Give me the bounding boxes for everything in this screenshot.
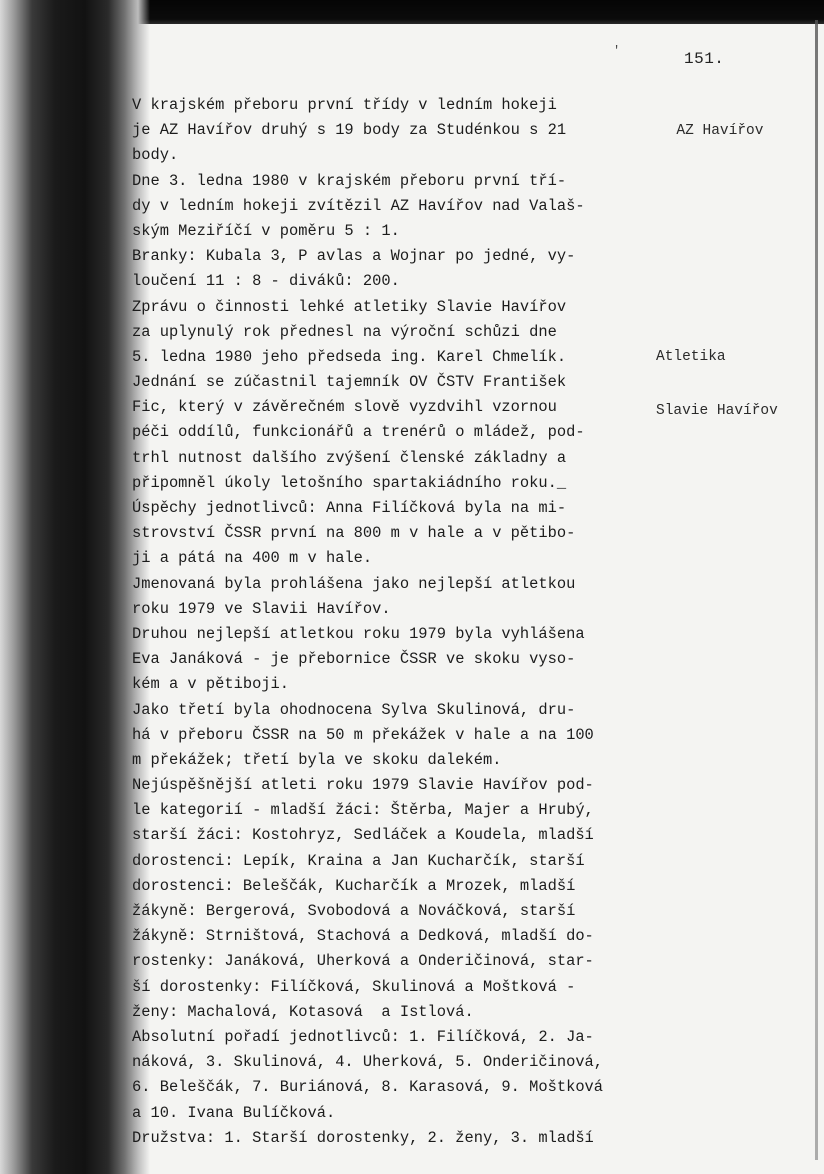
text-line: Jednání se zúčastnil tajemník OV ČSTV Fr… (132, 370, 672, 395)
text-line: Absolutní pořadí jednotlivců: 1. Filíčko… (132, 1025, 672, 1050)
text-line: připomněl úkoly letošního spartakiádního… (132, 471, 672, 496)
text-line: Zprávu o činnosti lehké atletiky Slavie … (132, 295, 672, 320)
text-line: Úspěchy jednotlivců: Anna Filíčková byla… (132, 496, 672, 521)
text-line: žákyně: Strništová, Stachová a Dedková, … (132, 924, 672, 949)
text-line: ší dorostenky: Filíčková, Skulinová a Mo… (132, 975, 672, 1000)
text-line: body. (132, 143, 672, 168)
text-line: m překážek; třetí byla ve skoku dalekém. (132, 748, 672, 773)
text-line: ským Meziříčí v poměru 5 : 1. (132, 219, 672, 244)
text-line: há v přeboru ČSSR na 50 m překážek v hal… (132, 723, 672, 748)
text-line: Jmenovaná byla prohlášena jako nejlepší … (132, 572, 672, 597)
text-line: Družstva: 1. Starší dorostenky, 2. ženy,… (132, 1126, 672, 1151)
text-line: za uplynulý rok přednesl na výroční schů… (132, 320, 672, 345)
text-line: Jako třetí byla ohodnocena Sylva Skulino… (132, 698, 672, 723)
text-line: ji a pátá na 400 m v hale. (132, 546, 672, 571)
text-line: trhl nutnost dalšího zvýšení členské zák… (132, 446, 672, 471)
text-line: dy v ledním hokeji zvítězil AZ Havířov n… (132, 194, 672, 219)
margin-note-az-havirov: AZ Havířov (659, 104, 763, 140)
margin-note-line: AZ Havířov (676, 123, 763, 139)
text-line: roku 1979 ve Slavii Havířov. (132, 597, 672, 622)
text-line: starší žáci: Kostohryz, Sedláček a Koude… (132, 823, 672, 848)
text-line: je AZ Havířov druhý s 19 body za Studénk… (132, 118, 672, 143)
margin-note-atletika: Atletika Slavie Havířov (656, 312, 778, 438)
text-line: náková, 3. Skulinová, 4. Uherková, 5. On… (132, 1050, 672, 1075)
scan-binding-shadow (0, 0, 150, 1174)
text-line: kém a v pětiboji. (132, 672, 672, 697)
text-line: Nejúspěšnější atleti roku 1979 Slavie Ha… (132, 773, 672, 798)
text-line: 6. Beleščák, 7. Buriánová, 8. Karasová, … (132, 1075, 672, 1100)
stray-mark: ' (613, 44, 620, 58)
text-line: loučení 11 : 8 - diváků: 200. (132, 269, 672, 294)
text-line: Eva Janáková - je přebornice ČSSR ve sko… (132, 647, 672, 672)
text-line: žákyně: Bergerová, Svobodová a Nováčková… (132, 899, 672, 924)
text-line: 5. ledna 1980 jeho předseda ing. Karel C… (132, 345, 672, 370)
typed-body-text: V krajském přeboru první třídy v ledním … (132, 93, 672, 1151)
text-line: V krajském přeboru první třídy v ledním … (132, 93, 672, 118)
text-line: Druhou nejlepší atletkou roku 1979 byla … (132, 622, 672, 647)
text-line: le kategorií - mladší žáci: Štěrba, Maje… (132, 798, 672, 823)
text-line: Dne 3. ledna 1980 v krajském přeboru prv… (132, 169, 672, 194)
text-line: Fic, který v závěrečném slově vyzdvihl v… (132, 395, 672, 420)
text-line: a 10. Ivana Bulíčková. (132, 1101, 672, 1126)
text-line: péči oddílů, funkcionářů a trenérů o mlá… (132, 420, 672, 445)
text-line: dorostenci: Lepík, Kraina a Jan Kucharčí… (132, 849, 672, 874)
text-line: strovství ČSSR první na 800 m v hale a v… (132, 521, 672, 546)
text-line: ženy: Machalová, Kotasová a Istlová. (132, 1000, 672, 1025)
page-right-edge (815, 20, 818, 1160)
page-number: 151. (684, 50, 724, 68)
margin-note-line: Atletika (656, 348, 778, 366)
text-line: dorostenci: Beleščák, Kucharčík a Mrozek… (132, 874, 672, 899)
text-line: Branky: Kubala 3, P avlas a Wojnar po je… (132, 244, 672, 269)
margin-note-line: Slavie Havířov (656, 402, 778, 420)
text-line: rostenky: Janáková, Uherková a Onderičin… (132, 949, 672, 974)
